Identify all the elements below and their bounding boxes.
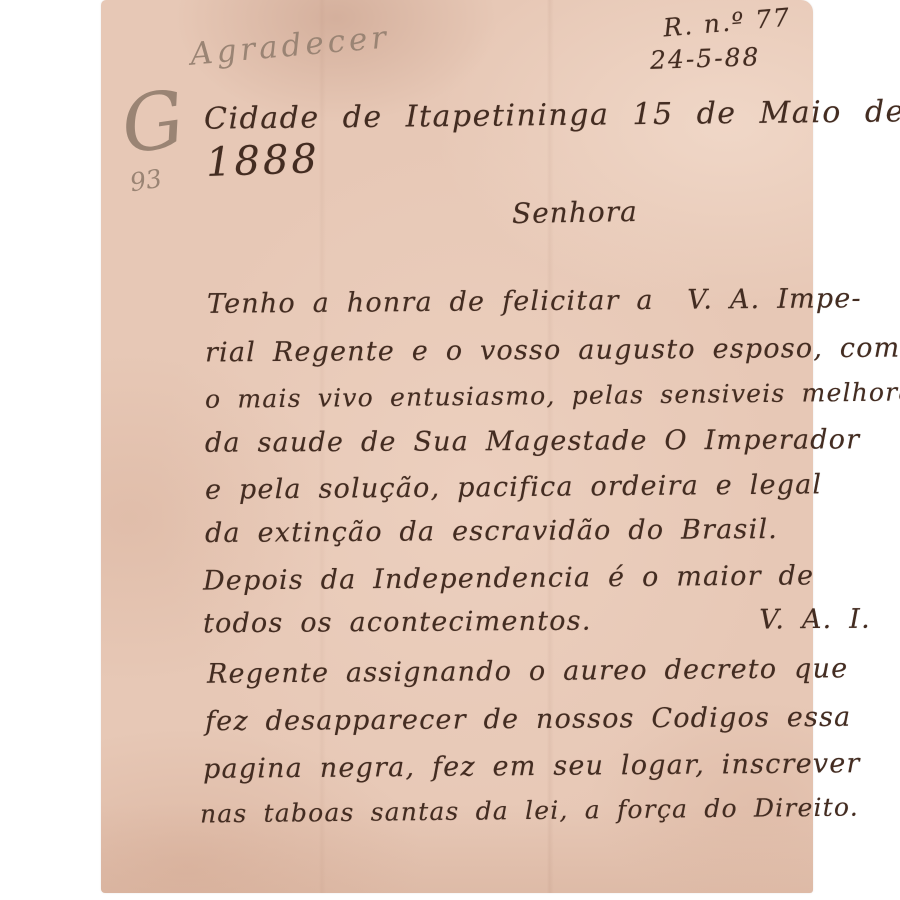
letter-body-line: o mais vivo entusiasmo, pelas sensiveis … (205, 379, 900, 412)
salutation: Senhora (512, 195, 638, 230)
letter-body-line: Regente assignando o aureo decreto que (207, 655, 849, 688)
heading-year: 1888 (205, 136, 320, 186)
margin-initial: G (116, 74, 190, 172)
letter-body-line: Tenho a honra de felicitar a V. A. Impe- (207, 285, 862, 318)
letter-body-line: da extinção da escravidão do Brasil. (205, 516, 778, 547)
letter-body-line: rial Regente e o vosso augusto esposo, c… (205, 335, 900, 367)
letter-body-line: Depois da Independencia é o maior de (203, 562, 814, 594)
letter-body-line: fez desapparecer de nossos Codigos essa (205, 704, 852, 736)
margin-number: 93 (128, 164, 164, 198)
letter-body-line: pagina negra, fez em seu logar, inscreve… (203, 750, 861, 783)
letter-body-line: nas taboas santas da lei, a força do Dir… (200, 795, 859, 827)
letter-body-line: todos os acontecimentos. V. A. I. (203, 606, 871, 638)
letter-body-line: e pela solução, pacifica ordeira e legal (205, 471, 823, 503)
letter-body-line: da saude de Sua Magestade O Imperador (205, 426, 860, 456)
scanned-letter: Agradecer R. n.º 77 24-5-88 G 93 Cidade … (0, 0, 900, 900)
heading-place-date: Cidade de Itapetininga 15 de Maio de (204, 94, 900, 136)
register-date: 24-5-88 (650, 42, 761, 75)
